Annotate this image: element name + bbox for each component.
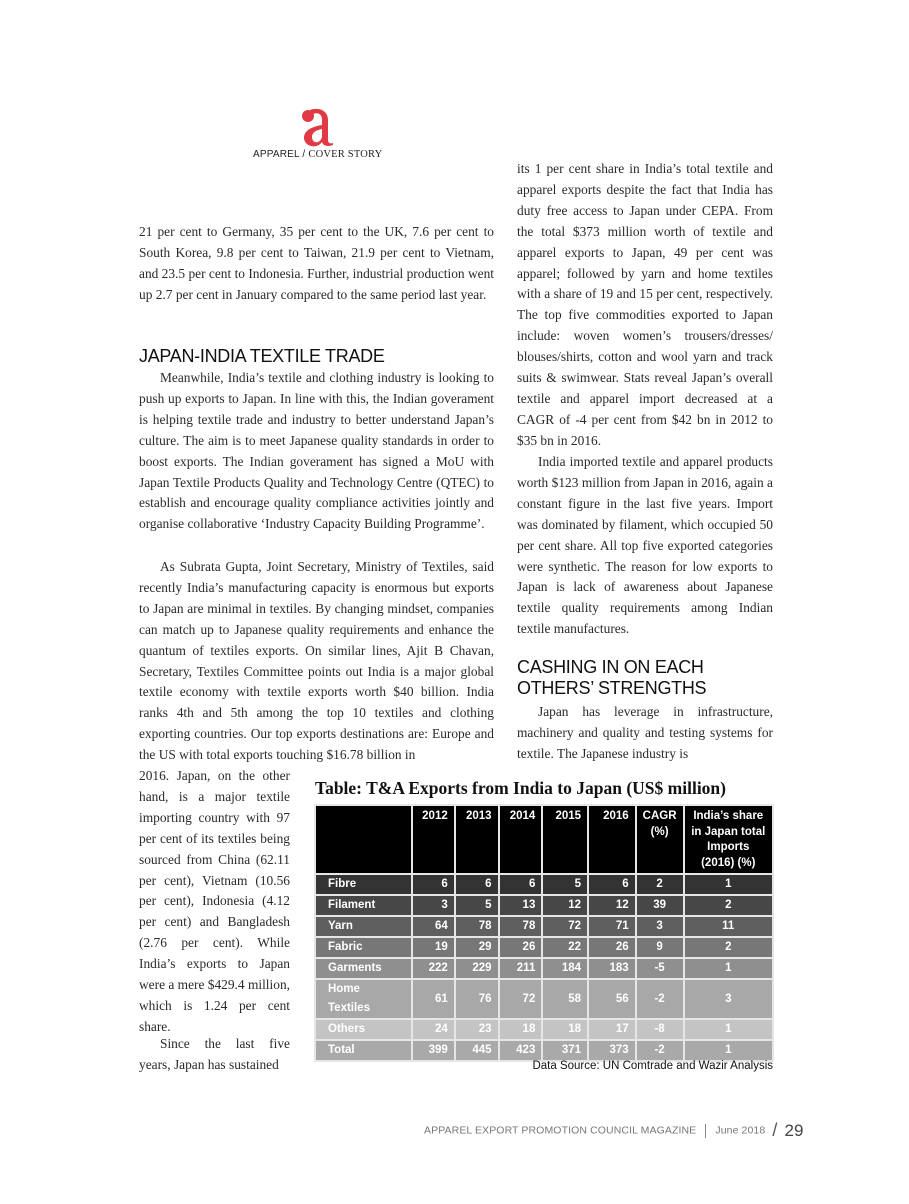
cell: 72 [542, 916, 588, 937]
cell: 22 [542, 937, 588, 958]
cell: 423 [499, 1040, 543, 1061]
column-header [315, 805, 412, 874]
table-title: Table: T&A Exports from India to Japan (… [315, 778, 726, 799]
column-header-share: India’s share in Japan total Imports (20… [684, 805, 773, 874]
page-slash: / [772, 1120, 777, 1140]
issue-date: June 2018 [715, 1124, 765, 1136]
table-row: Others 24 23 18 18 17 -8 1 [315, 1019, 773, 1040]
cell: 6 [588, 874, 636, 895]
section-label: APPAREL / COVER STORY [253, 149, 382, 160]
cell: 6 [499, 874, 543, 895]
cell: 71 [588, 916, 636, 937]
cell: 78 [455, 916, 499, 937]
cell: 5 [542, 874, 588, 895]
row-label: Home Textiles [315, 979, 412, 1019]
cell: 6 [412, 874, 455, 895]
cagr-cell: -8 [636, 1019, 684, 1040]
cell: 29 [455, 937, 499, 958]
cagr-cell: 39 [636, 895, 684, 916]
column-header-2013: 2013 [455, 805, 499, 874]
column-header-2014: 2014 [499, 805, 543, 874]
cell: 18 [499, 1019, 543, 1040]
table-row: Fibre 6 6 6 5 6 2 1 [315, 874, 773, 895]
body-paragraph: 2016. Japan, on the other hand, is a maj… [139, 766, 290, 1038]
cell: 373 [588, 1040, 636, 1061]
table-source: Data Source: UN Comtrade and Wazir Analy… [517, 1060, 773, 1072]
cell: 211 [499, 958, 543, 979]
cell: 72 [499, 979, 543, 1019]
page-number: 29 [784, 1121, 803, 1140]
row-label: Yarn [315, 916, 412, 937]
cell: 12 [588, 895, 636, 916]
body-paragraph: Meanwhile, India’s textile and clothing … [139, 368, 494, 535]
row-label: Filament [315, 895, 412, 916]
row-label: Fabric [315, 937, 412, 958]
logo-a-icon [296, 104, 338, 148]
cell: 6 [455, 874, 499, 895]
share-cell: 2 [684, 937, 773, 958]
cell: 78 [499, 916, 543, 937]
table-row: Home Textiles 61 76 72 58 56 -2 3 [315, 979, 773, 1019]
cell: 56 [588, 979, 636, 1019]
column-header-2012: 2012 [412, 805, 455, 874]
cell: 26 [499, 937, 543, 958]
column-header-cagr: CAGR (%) [636, 805, 684, 874]
cell: 18 [542, 1019, 588, 1040]
column-header-2016: 2016 [588, 805, 636, 874]
exports-table: 2012 2013 2014 2015 2016 CAGR (%) India’… [314, 804, 774, 1062]
body-paragraph: Japan has leverage in infrastructure, ma… [517, 702, 773, 765]
body-paragraph: Since the last five years, Japan has sus… [139, 1034, 290, 1076]
cell: 445 [455, 1040, 499, 1061]
share-cell: 2 [684, 895, 773, 916]
cell: 19 [412, 937, 455, 958]
share-cell: 1 [684, 958, 773, 979]
cell: 183 [588, 958, 636, 979]
cell: 23 [455, 1019, 499, 1040]
table-row: Yarn 64 78 78 72 71 3 11 [315, 916, 773, 937]
share-cell: 1 [684, 874, 773, 895]
body-paragraph: India imported textile and apparel produ… [517, 452, 773, 640]
cell: 399 [412, 1040, 455, 1061]
cell: 13 [499, 895, 543, 916]
magazine-logo [296, 104, 338, 148]
page-footer: APPAREL EXPORT PROMOTION COUNCIL MAGAZIN… [424, 1120, 804, 1141]
table-row: Filament 3 5 13 12 12 39 2 [315, 895, 773, 916]
cell: 3 [412, 895, 455, 916]
row-label: Total [315, 1040, 412, 1061]
table-row: Fabric 19 29 26 22 26 9 2 [315, 937, 773, 958]
cagr-cell: -2 [636, 1040, 684, 1061]
share-cell: 1 [684, 1040, 773, 1061]
table-header-row: 2012 2013 2014 2015 2016 CAGR (%) India’… [315, 805, 773, 874]
row-label: Others [315, 1019, 412, 1040]
heading-line: OTHERS’ STRENGTHS [517, 678, 706, 698]
body-paragraph: As Subrata Gupta, Joint Secretary, Minis… [139, 557, 494, 766]
cagr-cell: 3 [636, 916, 684, 937]
share-cell: 3 [684, 979, 773, 1019]
cell: 58 [542, 979, 588, 1019]
cell: 371 [542, 1040, 588, 1061]
table-row-total: Total 399 445 423 371 373 -2 1 [315, 1040, 773, 1061]
cell: 12 [542, 895, 588, 916]
magazine-name: APPAREL EXPORT PROMOTION COUNCIL MAGAZIN… [424, 1124, 696, 1136]
row-label: Garments [315, 958, 412, 979]
heading-line: CASHING IN ON EACH [517, 657, 704, 677]
cagr-cell: 9 [636, 937, 684, 958]
cell: 64 [412, 916, 455, 937]
cell: 24 [412, 1019, 455, 1040]
cell: 26 [588, 937, 636, 958]
cell: 184 [542, 958, 588, 979]
footer-divider [705, 1124, 706, 1138]
section-heading-japan-india: JAPAN-INDIA TEXTILE TRADE [139, 346, 494, 367]
section-heading-cashing-in: CASHING IN ON EACH OTHERS’ STRENGTHS [517, 657, 773, 699]
cell: 76 [455, 979, 499, 1019]
cell: 229 [455, 958, 499, 979]
cagr-cell: 2 [636, 874, 684, 895]
cell: 61 [412, 979, 455, 1019]
intro-paragraph: 21 per cent to Germany, 35 per cent to t… [139, 222, 494, 306]
share-cell: 1 [684, 1019, 773, 1040]
cell: 17 [588, 1019, 636, 1040]
column-header-2015: 2015 [542, 805, 588, 874]
section-name: COVER STORY [308, 149, 382, 160]
share-cell: 11 [684, 916, 773, 937]
table-row: Garments 222 229 211 184 183 -5 1 [315, 958, 773, 979]
body-paragraph: its 1 per cent share in India’s total te… [517, 159, 773, 452]
section-prefix: APPAREL / [253, 149, 305, 160]
cagr-cell: -5 [636, 958, 684, 979]
cagr-cell: -2 [636, 979, 684, 1019]
cell: 5 [455, 895, 499, 916]
cell: 222 [412, 958, 455, 979]
row-label: Fibre [315, 874, 412, 895]
